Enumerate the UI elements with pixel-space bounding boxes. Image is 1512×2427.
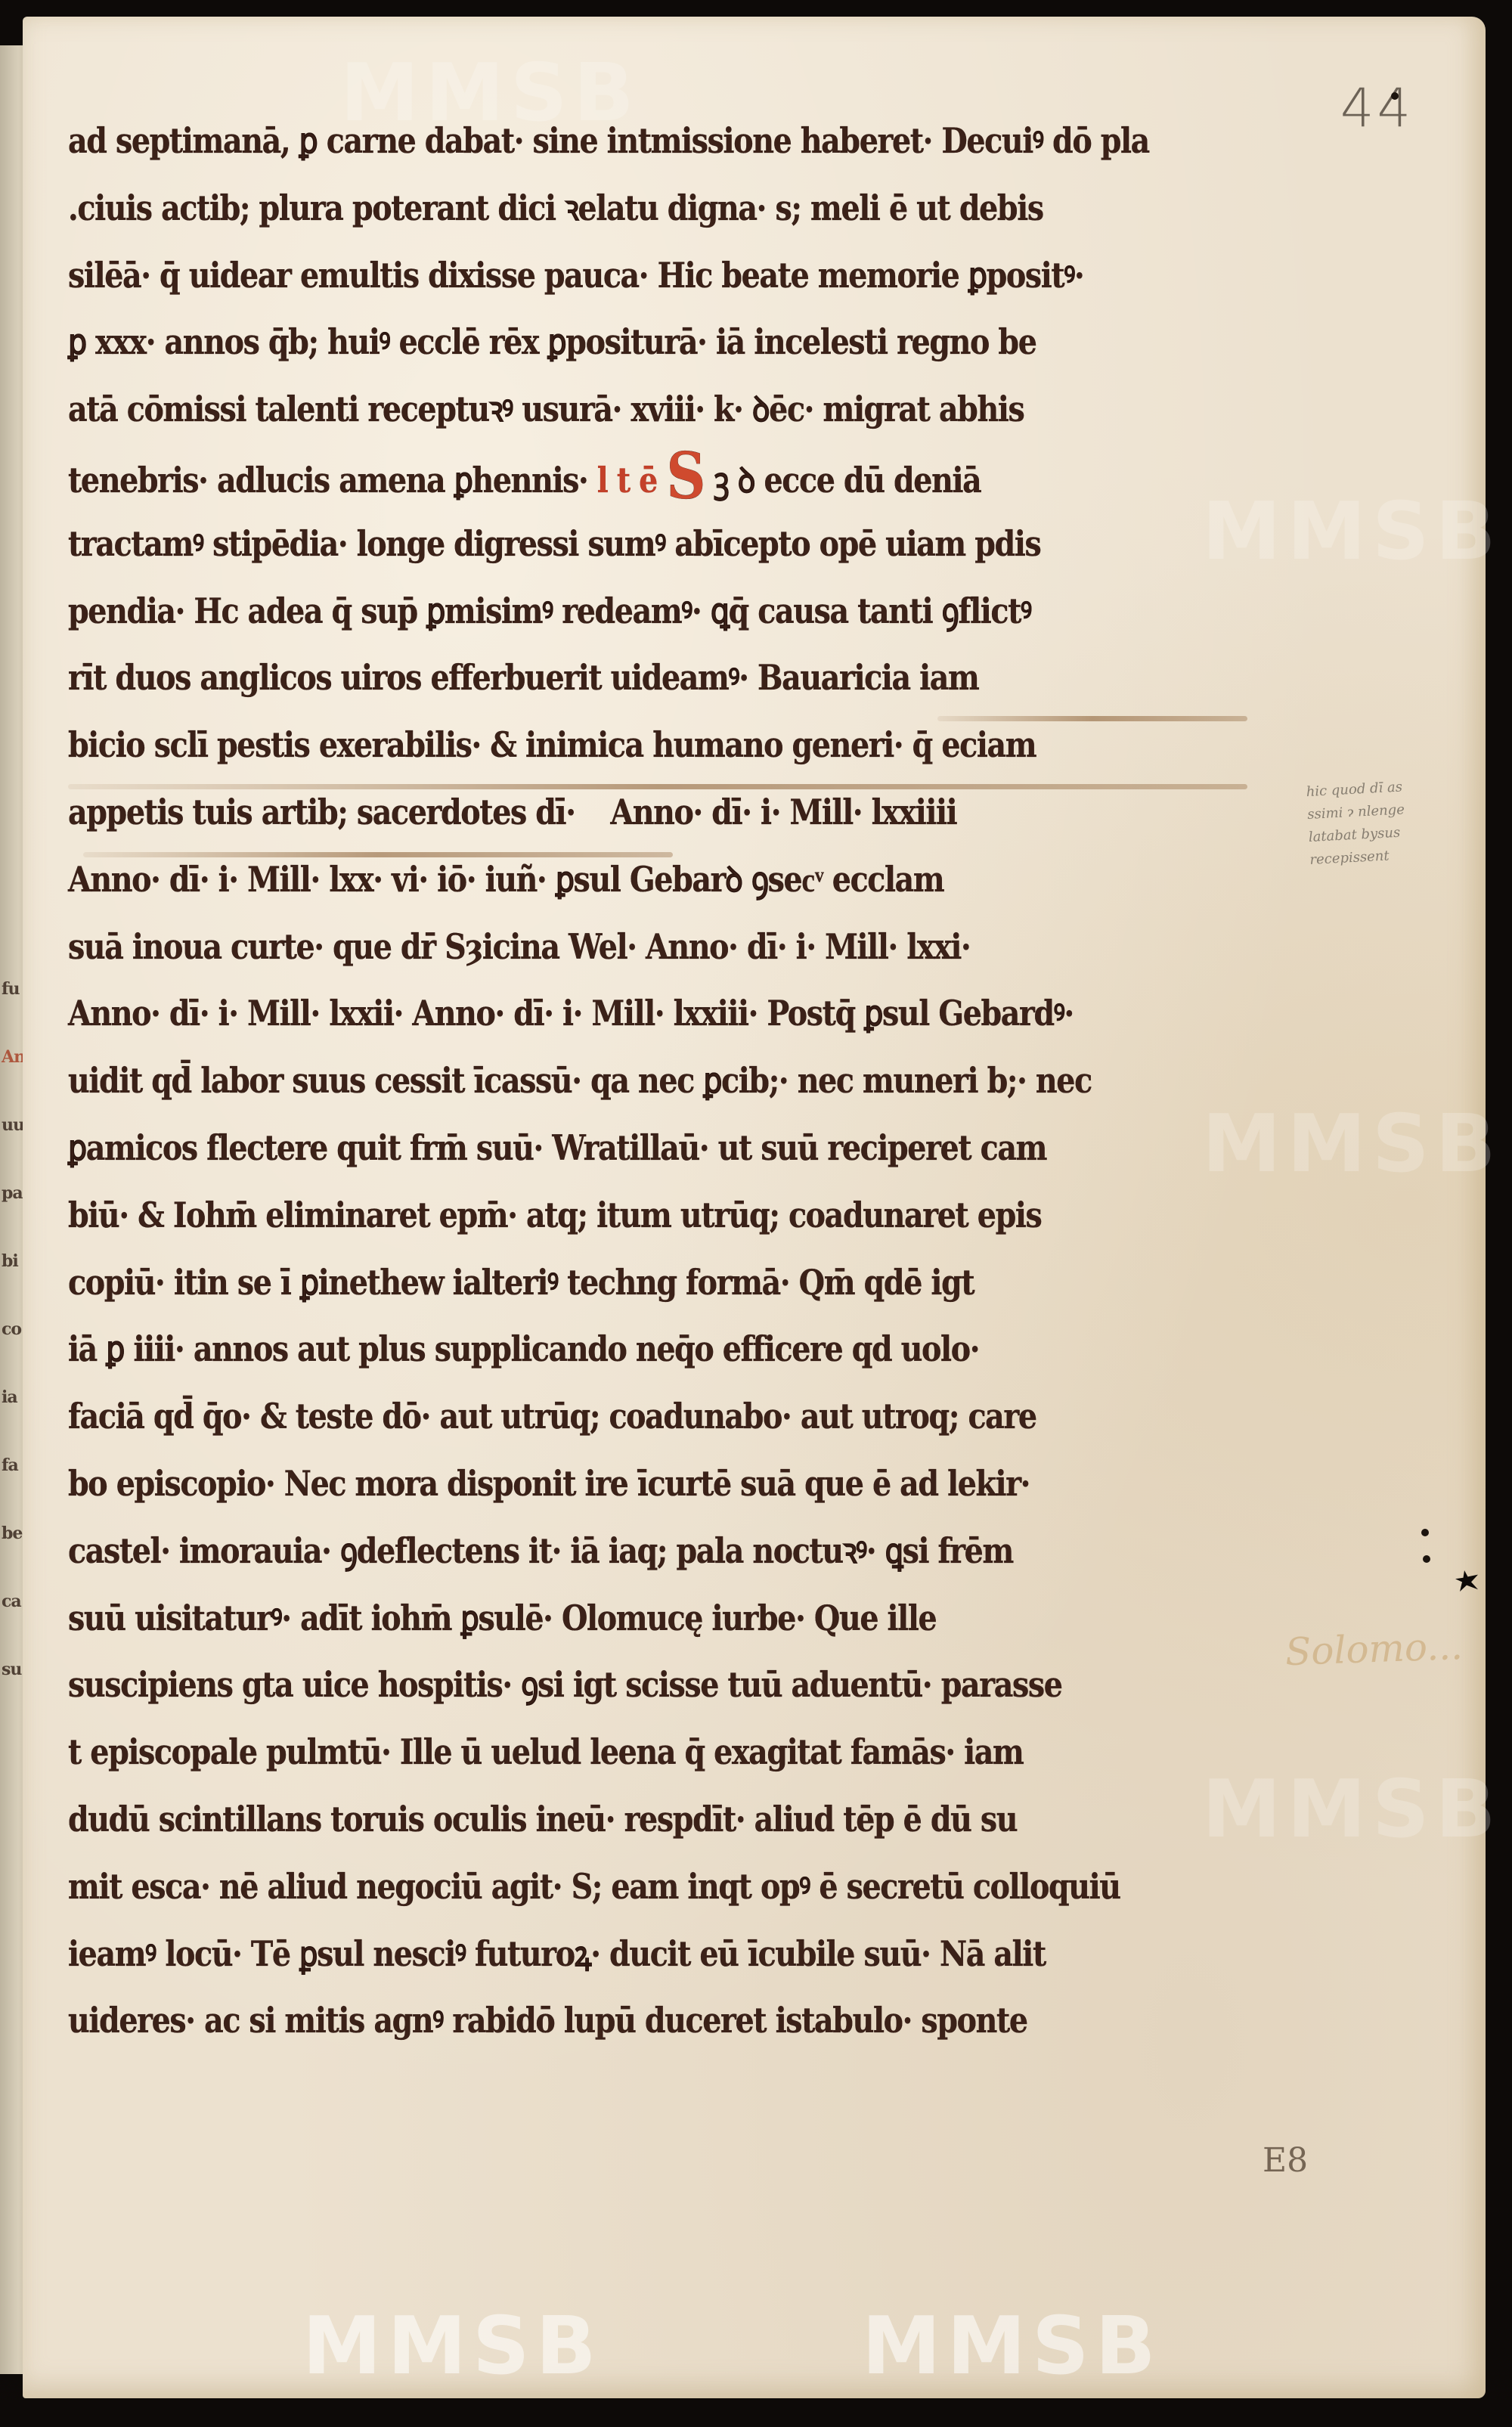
text-line: suā inoua curte· que dr̄ Sȝicina Wel· An…: [68, 913, 1141, 981]
text-line: castel· imorauia· ꝯdeflectens it· iā iaq…: [68, 1517, 1141, 1585]
edge-fragment: be: [2, 1523, 22, 1543]
text-line: t episcopale pulmtū· Ille ū uelud leena …: [68, 1719, 1141, 1786]
underline-stroke: [68, 784, 1247, 789]
ink-dot: [1421, 1529, 1429, 1536]
text-line: uidit qd̄ labor suus cessit īcassū· qa n…: [68, 1047, 1141, 1114]
faint-marginal-gloss: Solomo...: [1284, 1624, 1464, 1674]
watermark: MMSB: [302, 2300, 603, 2392]
text-line-with-rubric: tenebris· adlucis amena ꝑhennis· l t ē S…: [68, 443, 1141, 510]
text-line: atā cōmissi talenti receptuꝛꝰ usurā· xvi…: [68, 376, 1141, 443]
catchword: E8: [1263, 2141, 1308, 2180]
text-line: ad septimanā, ꝑ carne dabat· sine intmis…: [68, 107, 1141, 175]
text-line: faciā qd̄ q̄o· & teste dō· aut utrūq; co…: [68, 1383, 1141, 1450]
annal-entry: Anno· dī· i· Mill· lxxiiii: [610, 792, 956, 832]
text-line: biū· & Iohm̄ eliminaret epm̄· atq; itum …: [68, 1182, 1141, 1249]
watermark: MMSB: [862, 2300, 1162, 2392]
edge-fragment: co: [2, 1319, 21, 1339]
text-line: mit esca· nē aliud negociū agit· S; eam …: [68, 1853, 1141, 1920]
text-line: dudū scintillans toruis oculis ineū· res…: [68, 1786, 1141, 1853]
main-text-block: ad septimanā, ꝑ carne dabat· sine intmis…: [68, 107, 1315, 2054]
text-line: bo episcopio· Nec mora disponit ire īcur…: [68, 1450, 1141, 1517]
folio-number: 44: [1340, 77, 1414, 139]
text-line: Anno· dī· i· Mill· lxxii· Anno· dī· i· M…: [68, 980, 1141, 1047]
edge-fragment: ia: [2, 1387, 17, 1407]
text-line: ꝑ xxx· annos q̄b; huiꝰ ecclē rēx ꝑpositu…: [68, 308, 1141, 376]
text-line: pendia· Hc adea q̄ sup̄ ꝑmisimꝰ redeamꝰ·…: [68, 578, 1141, 645]
text-line: ꝑamicos flectere quit frm̄ suū· Wratilla…: [68, 1114, 1141, 1182]
edge-fragment: pa: [2, 1183, 23, 1203]
edge-fragment: ca: [2, 1592, 21, 1611]
parchment-damage: [1455, 1570, 1478, 1592]
underline-stroke: [83, 852, 673, 857]
edge-fragment: bi: [2, 1251, 18, 1271]
ink-dot: [1423, 1555, 1430, 1563]
edge-fragment: An: [2, 1047, 25, 1067]
decorated-initial: S: [666, 439, 705, 513]
edge-fragment: su: [2, 1660, 21, 1679]
text-segment: tenebris· adlucis amena ꝑhennis·: [68, 460, 587, 501]
marginal-note: hic quod dī as ssimi ɂ nlenge latabat by…: [1306, 772, 1484, 872]
text-line: tractamꝰ stipēdia· longe digressi sumꝰ a…: [68, 510, 1141, 578]
text-line: suū uisitaturꝰ· adīt iohm̄ ꝑsulē· Olomuc…: [68, 1585, 1141, 1652]
edge-fragment: fu: [2, 979, 19, 999]
text-segment: ꝫ ꝺ ecce dū deniā: [714, 460, 981, 501]
ink-dot: [1391, 92, 1399, 100]
text-line: copiū· itin se ī ꝑinethew ialteriꝰ techn…: [68, 1249, 1141, 1316]
text-line: suscipiens gta uice hospitis· ꝯsi igt sc…: [68, 1651, 1141, 1719]
underline-stroke: [937, 716, 1247, 721]
rubric-text: l t ē: [597, 460, 657, 501]
text-line: silēā· q̄ uidear emultis dixisse pauca· …: [68, 242, 1141, 309]
text-line: rīt duos anglicos uiros efferbuerit uide…: [68, 644, 1141, 711]
text-line: iā ꝑ iiii· annos aut plus supplicando ne…: [68, 1316, 1141, 1383]
text-segment: appetis tuis artib; sacerdotes dī·: [68, 792, 575, 832]
manuscript-folio: 44 MMSB MMSB MMSB MMSB MMSB MMSB ad sept…: [23, 17, 1486, 2398]
edge-fragment: uu: [2, 1115, 24, 1135]
text-line: .ciuis actib; plura poterant dici ꝛelatu…: [68, 175, 1141, 242]
text-line: bicio sclī pestis exerabilis· & inimica …: [68, 711, 1141, 779]
edge-fragment: fa: [2, 1455, 18, 1475]
text-line: ieamꝰ locū· Tē ꝑsul nesciꝰ futuroꝝ· duci…: [68, 1920, 1141, 1988]
text-line: uideres· ac si mitis agnꝰ rabidō lupū du…: [68, 1987, 1141, 2054]
